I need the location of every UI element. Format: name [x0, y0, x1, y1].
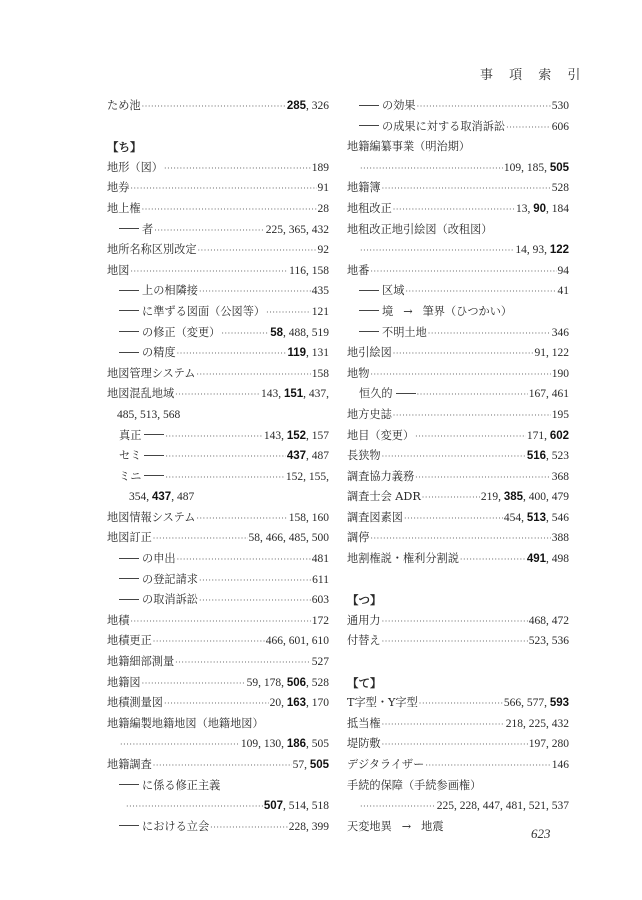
page-references: 516, 523	[527, 446, 569, 467]
dot-leader	[198, 241, 317, 262]
dot-leader	[199, 571, 311, 592]
cross-reference-target: 地震	[421, 817, 443, 838]
index-entry: デジタライザー146	[347, 755, 569, 776]
entry-term: 地目（変更）	[347, 429, 414, 442]
entry-label: 地積測量図	[107, 693, 163, 714]
page-ref: , 498	[546, 553, 569, 565]
index-entry: 地図管理システム158	[107, 364, 329, 385]
page-ref: 116, 158	[289, 265, 329, 277]
page-ref: 190	[552, 368, 569, 380]
entry-term: 手続的保障（手続参画権）	[347, 779, 481, 792]
dot-leader	[153, 756, 292, 777]
section-heading: 【つ】	[347, 590, 569, 611]
page-references: 172	[312, 611, 329, 632]
index-entry: 地方史誌195	[347, 405, 569, 426]
entry-term: 地図	[107, 264, 129, 277]
page-ref: , 523	[546, 450, 569, 462]
page-ref-primary: 119	[287, 347, 306, 359]
page-ref: , 487	[306, 450, 329, 462]
index-entry-continuation: 507, 514, 518	[107, 796, 329, 817]
entry-label: 地割権説・権利分割説	[347, 549, 459, 570]
dot-leader	[360, 159, 503, 180]
entry-label: 地所名称区別改定	[107, 240, 197, 261]
entry-term: 地上権	[107, 202, 141, 215]
ditto-dash	[144, 455, 164, 456]
page-ref: 435	[312, 285, 329, 297]
entry-term: 地図管理システム	[107, 367, 195, 380]
entry-label: の効果	[359, 96, 416, 117]
page-ref: 454,	[504, 512, 527, 524]
entry-term: 恒久的	[359, 387, 393, 400]
dot-leader	[405, 282, 556, 303]
entry-term: 地所名称区別改定	[107, 243, 197, 256]
page-references: 57, 505	[293, 755, 329, 776]
page-references: 197, 280	[529, 734, 569, 755]
page-ref: 481	[312, 553, 329, 565]
dot-leader	[142, 674, 246, 695]
page-references: 146	[552, 755, 569, 776]
page-references: 158, 160	[289, 508, 329, 529]
page-ref-primary: 506	[287, 677, 306, 689]
ditto-dash	[144, 434, 164, 435]
index-entry: に準ずる図面（公図等）121	[107, 302, 329, 323]
page-ref: 228, 399	[289, 821, 329, 833]
dot-leader	[130, 612, 310, 633]
page-ref: , 487	[171, 491, 194, 503]
section-heading: 【て】	[347, 673, 569, 694]
dot-leader	[370, 529, 550, 550]
dot-leader	[415, 468, 551, 489]
page-ref: 13,	[516, 203, 533, 215]
spacer	[347, 570, 569, 591]
index-entry: 地籍図59, 178, 506, 528	[107, 673, 329, 694]
entry-term: 地番	[347, 264, 369, 277]
page-ref: , 157	[306, 430, 329, 442]
page-ref: 346	[552, 327, 569, 339]
index-entry-continuation: 485, 513, 568	[107, 405, 329, 426]
entry-term: の申出	[142, 552, 176, 565]
page-ref-primary: 516	[527, 450, 546, 462]
entry-term: 地方史誌	[347, 408, 392, 421]
index-entry: 調査士会 ADR219, 385, 400, 479	[347, 487, 569, 508]
index-entry: の効果530	[347, 96, 569, 117]
entry-term: 真正	[119, 429, 141, 442]
dot-leader	[360, 241, 514, 262]
page-ref: 121	[312, 306, 329, 318]
dot-leader	[177, 344, 287, 365]
page-ref: 91	[318, 182, 330, 194]
entry-term: の取消訴訟	[142, 593, 198, 606]
dot-leader	[460, 550, 526, 571]
page-references: 143, 152, 157	[264, 426, 329, 447]
entry-term: 通用力	[347, 614, 381, 627]
dot-leader	[417, 385, 528, 406]
page-references: 481	[312, 549, 329, 570]
index-entry: の登記請求611	[107, 570, 329, 591]
page-ref: 152, 155,	[286, 471, 329, 483]
entry-term: 者	[142, 223, 153, 236]
entry-label: の登記請求	[119, 570, 198, 591]
index-entry: 長狭物516, 523	[347, 446, 569, 467]
page-ref: , 400, 479	[523, 491, 569, 503]
entry-label: 地租改正地引絵図（改租図）	[347, 220, 492, 241]
entry-label: セミ	[119, 446, 164, 467]
dot-leader	[360, 797, 436, 818]
page-ref: 109, 130,	[241, 738, 287, 750]
page-ref-primary: 505	[550, 162, 569, 174]
entry-term: 地割権説・権利分割説	[347, 552, 459, 565]
entry-term: 地籍簿	[347, 181, 381, 194]
arrow-right-icon: →	[402, 817, 411, 838]
entry-term: 地図混乱地域	[107, 387, 174, 400]
ditto-dash	[119, 784, 139, 785]
dot-leader	[382, 715, 505, 736]
dot-leader	[175, 385, 260, 406]
page-references: 91, 122	[535, 343, 570, 364]
page-references: 507, 514, 518	[264, 796, 329, 817]
entry-term: 付替え	[347, 634, 381, 647]
entry-label: 手続的保障（手続参画権）	[347, 776, 481, 797]
ditto-dash	[119, 228, 139, 229]
dot-leader	[382, 447, 526, 468]
page-references: 611	[312, 570, 329, 591]
page-references: 530	[552, 96, 569, 117]
dot-leader	[382, 735, 528, 756]
running-head: 事 項 索 引	[480, 64, 586, 83]
entry-term: 地図訂正	[107, 531, 152, 544]
dot-leader	[422, 488, 480, 509]
page-ref: 603	[312, 594, 329, 606]
page-references: 606	[552, 117, 569, 138]
index-entry: 区域41	[347, 281, 569, 302]
page-references: 152, 155,	[286, 467, 329, 488]
dot-leader	[370, 365, 550, 386]
page-references: 285, 326	[287, 96, 329, 117]
entry-label: 境	[359, 302, 393, 323]
page-references: 91	[318, 178, 330, 199]
index-entry: 地籍調査57, 505	[107, 755, 329, 776]
index-entry: の成果に対する取消訴訟606	[347, 117, 569, 138]
page-references: 437, 487	[287, 446, 329, 467]
page-ref: 58, 466, 485, 500	[249, 532, 330, 544]
entry-term: ミニ	[119, 470, 141, 483]
dot-leader	[382, 632, 528, 653]
dot-leader	[164, 694, 269, 715]
entry-term: 上の相隣接	[142, 284, 198, 297]
page-ref: 20,	[270, 697, 287, 709]
entry-label: デジタライザー	[347, 755, 424, 776]
entry-term: に係る修正主義	[142, 779, 220, 792]
page-references: 523, 536	[529, 631, 569, 652]
page-ref: 14, 93,	[515, 244, 550, 256]
index-entry: 抵当権218, 225, 432	[347, 714, 569, 735]
entry-label: 長狭物	[347, 446, 381, 467]
index-entry: 手続的保障（手続参画権）	[347, 776, 569, 797]
page-ref-primary: 491	[527, 553, 546, 565]
dot-leader	[425, 756, 550, 777]
page-ref: 28	[318, 203, 330, 215]
index-entry: 地目（変更）171, 602	[347, 426, 569, 447]
index-entry-continuation: 109, 130, 186, 505	[107, 734, 329, 755]
index-entry: の修正（変更）58, 488, 519	[107, 323, 329, 344]
index-entry: 調停388	[347, 528, 569, 549]
entry-label: 地積	[107, 611, 129, 632]
entry-term: 長狭物	[347, 449, 381, 462]
dot-leader	[199, 591, 311, 612]
page-ref: 109, 185,	[504, 162, 550, 174]
entry-label: 不明土地	[359, 323, 427, 344]
index-entry: 地積172	[107, 611, 329, 632]
section-heading-label: 【つ】	[347, 590, 382, 611]
entry-term: 抵当権	[347, 717, 381, 730]
dot-leader	[393, 200, 515, 221]
page-ref: 530	[552, 100, 569, 112]
index-entry: の取消訴訟603	[107, 590, 329, 611]
dot-leader	[382, 612, 528, 633]
entry-label: の成果に対する取消訴訟	[359, 117, 505, 138]
dot-leader	[142, 200, 317, 221]
ditto-dash	[119, 352, 139, 353]
entry-term: の成果に対する取消訴訟	[382, 120, 505, 133]
page-ref: 527	[312, 656, 329, 668]
dot-leader	[370, 262, 556, 283]
index-entry: 通用力468, 472	[347, 611, 569, 632]
page-ref: 146	[552, 759, 569, 771]
index-entry: T字型・Y字型566, 577, 593	[347, 693, 569, 714]
index-entry: 地積更正466, 601, 610	[107, 631, 329, 652]
entry-term: の登記請求	[142, 573, 198, 586]
page-ref: 91, 122	[535, 347, 570, 359]
entry-term: 境	[382, 305, 393, 318]
page-ref: 225, 365, 432	[266, 224, 329, 236]
page-references: 454, 513, 546	[504, 508, 569, 529]
page-references: 491, 498	[527, 549, 569, 570]
entry-term: 地図情報システム	[107, 511, 195, 524]
index-entry: 恒久的167, 461	[347, 384, 569, 405]
page-ref: 523, 536	[529, 635, 569, 647]
entry-label: 地籍調査	[107, 755, 152, 776]
ditto-dash	[119, 825, 139, 826]
index-entry: ため池285, 326	[107, 96, 329, 117]
entry-label: 地積更正	[107, 631, 152, 652]
dot-leader	[165, 427, 262, 448]
index-entry: 地籍編纂事業（明治期）	[347, 137, 569, 158]
page-ref: , 505	[306, 738, 329, 750]
dot-leader	[130, 262, 288, 283]
index-entry: 付替え523, 536	[347, 631, 569, 652]
entry-label: 地引絵図	[347, 343, 392, 364]
index-entry: 地上権28	[107, 199, 329, 220]
page-ref: , 184	[546, 203, 569, 215]
page-references: 109, 130, 186, 505	[241, 734, 329, 755]
page-references: 41	[558, 281, 570, 302]
entry-label: 通用力	[347, 611, 381, 632]
page-ref: 219,	[481, 491, 504, 503]
entry-label: 地目（変更）	[347, 426, 414, 447]
page-ref: 158	[312, 368, 329, 380]
entry-term: の効果	[382, 99, 416, 112]
page-ref: 94	[558, 265, 570, 277]
page-ref-primary: 90	[533, 203, 546, 215]
entry-label: ミニ	[119, 467, 164, 488]
cross-reference-target: 筆界（ひつかい）	[423, 302, 513, 323]
entry-label: 地番	[347, 261, 369, 282]
entry-label: 地図情報システム	[107, 508, 195, 529]
page-references: 119, 131	[287, 343, 329, 364]
entry-label: 上の相隣接	[119, 281, 198, 302]
entry-term: 区域	[382, 284, 404, 297]
page-ref: 172	[312, 615, 329, 627]
entry-label: 地租改正	[347, 199, 392, 220]
index-entry: 地割権説・権利分割説491, 498	[347, 549, 569, 570]
page-ref-primary: 163	[287, 697, 306, 709]
index-entry: における立会228, 399	[107, 817, 329, 838]
entry-term: T字型・Y字型	[347, 696, 418, 709]
entry-label: の修正（変更）	[119, 323, 220, 344]
index-entry: の精度119, 131	[107, 343, 329, 364]
index-entry: 堤防敷197, 280	[347, 734, 569, 755]
page-references: 13, 90, 184	[516, 199, 569, 220]
ditto-dash	[119, 578, 139, 579]
page-ref: 218, 225, 432	[506, 718, 569, 730]
entry-label: 者	[119, 220, 153, 241]
entry-label: 地図	[107, 261, 129, 282]
dot-leader	[210, 818, 288, 839]
section-heading-label: 【ち】	[107, 137, 142, 158]
entry-term: 地積	[107, 614, 129, 627]
entry-term: 地積測量図	[107, 696, 163, 709]
index-entry: 地図訂正58, 466, 485, 500	[107, 528, 329, 549]
page-ref: 59, 178,	[247, 677, 287, 689]
entry-label: 調停	[347, 528, 369, 549]
page-ref: 566, 577,	[504, 697, 550, 709]
entry-label: における立会	[119, 817, 209, 838]
page-references: 468, 472	[529, 611, 569, 632]
entry-label: 地図管理システム	[107, 364, 195, 385]
entry-label: の申出	[119, 549, 176, 570]
entry-term: セミ	[119, 449, 141, 462]
entry-label: T字型・Y字型	[347, 693, 418, 714]
ditto-dash	[119, 331, 139, 332]
page-references: 346	[552, 323, 569, 344]
page-references: 218, 225, 432	[506, 714, 569, 735]
index-entry: 地籍細部測量527	[107, 652, 329, 673]
page-references: 388	[552, 528, 569, 549]
index-entry: 地所名称区別改定92	[107, 240, 329, 261]
entry-term: 地券	[107, 181, 129, 194]
entry-term: 天変地異	[347, 820, 392, 833]
page-ref-primary: 513	[527, 512, 546, 524]
entry-label: 地方史誌	[347, 405, 392, 426]
page-ref-primary: 437	[152, 491, 171, 503]
dot-leader	[175, 653, 311, 674]
dot-leader	[165, 447, 285, 468]
page-references: 167, 461	[529, 384, 569, 405]
page-references: 143, 151, 437,	[261, 384, 329, 405]
dot-leader	[393, 344, 534, 365]
page-references: 566, 577, 593	[504, 693, 569, 714]
index-entry: 調査図素図454, 513, 546	[347, 508, 569, 529]
page-ref-primary: 285	[287, 100, 306, 112]
index-entry: 調査協力義務368	[347, 467, 569, 488]
entry-term: における立会	[142, 820, 209, 833]
page-ref: 57,	[293, 759, 310, 771]
entry-label: 地籍簿	[347, 178, 381, 199]
entry-term: 地租改正地引絵図（改租図）	[347, 223, 492, 236]
page-references: 59, 178, 506, 528	[247, 673, 329, 694]
dot-leader	[266, 303, 311, 324]
ditto-dash	[119, 310, 139, 311]
page-references: 225, 365, 432	[266, 220, 329, 241]
entry-term: デジタライザー	[347, 758, 424, 771]
entry-label: 地籍図	[107, 673, 141, 694]
index-entry: 地租改正13, 90, 184	[347, 199, 569, 220]
arrow-right-icon: →	[403, 302, 412, 323]
index-entry: セミ437, 487	[107, 446, 329, 467]
page-references: 58, 488, 519	[270, 323, 329, 344]
entry-term: 調停	[347, 531, 369, 544]
entry-label: 地上権	[107, 199, 141, 220]
index-entry: 地籍簿528	[347, 178, 569, 199]
entry-term: 調査図素図	[347, 511, 403, 524]
page-references: 527	[312, 652, 329, 673]
page-ref: 143,	[264, 430, 287, 442]
page-ref: 225, 228, 447, 481, 521, 537	[437, 800, 569, 812]
dot-leader	[393, 406, 551, 427]
entry-term: 地籍編纂事業（明治期）	[347, 140, 470, 153]
dot-leader	[404, 509, 503, 530]
entry-term: 不明土地	[382, 326, 427, 339]
page-references: 435	[312, 281, 329, 302]
page-ref: 611	[312, 574, 329, 586]
page-ref: 167, 461	[529, 388, 569, 400]
page-ref: 606	[552, 121, 569, 133]
page-ref: 143,	[261, 388, 284, 400]
index-entry: 地引絵図91, 122	[347, 343, 569, 364]
index-entry: ミニ152, 155,	[107, 467, 329, 488]
entry-label: に準ずる図面（公図等）	[119, 302, 265, 323]
page-references: 528	[552, 178, 569, 199]
page-ref: , 546	[546, 512, 569, 524]
index-entry: 地租改正地引絵図（改租図）	[347, 220, 569, 241]
dot-leader	[199, 282, 311, 303]
entry-label: 調査協力義務	[347, 467, 414, 488]
spacer	[347, 652, 569, 673]
page-ref: , 437,	[303, 388, 329, 400]
dot-leader	[221, 324, 269, 345]
entry-label: 恒久的	[359, 384, 416, 405]
dot-leader	[120, 735, 240, 756]
entry-term: 地形（図）	[107, 161, 163, 174]
ditto-dash	[119, 599, 139, 600]
index-entry: 地図混乱地域143, 151, 437,	[107, 384, 329, 405]
index-column-right: の効果530の成果に対する取消訴訟606地籍編纂事業（明治期）109, 185,…	[347, 96, 569, 837]
index-entry: 地形（図）189	[107, 158, 329, 179]
page-references: 195	[552, 405, 569, 426]
entry-label: 天変地異	[347, 817, 392, 838]
cross-reference: 境→筆界（ひつかい）	[347, 302, 569, 323]
page-ref-primary: 507	[264, 800, 283, 812]
index-entry-continuation: 354, 437, 487	[107, 487, 329, 508]
index-entry: 地物190	[347, 364, 569, 385]
index-entry: 不明土地346	[347, 323, 569, 344]
page-ref-primary: 122	[550, 244, 569, 256]
page-ref: , 514, 518	[283, 800, 329, 812]
page-ref-primary: 58	[270, 327, 283, 339]
entry-label: 調査図素図	[347, 508, 403, 529]
ditto-dash	[396, 393, 416, 394]
page-number: 623	[531, 826, 551, 842]
